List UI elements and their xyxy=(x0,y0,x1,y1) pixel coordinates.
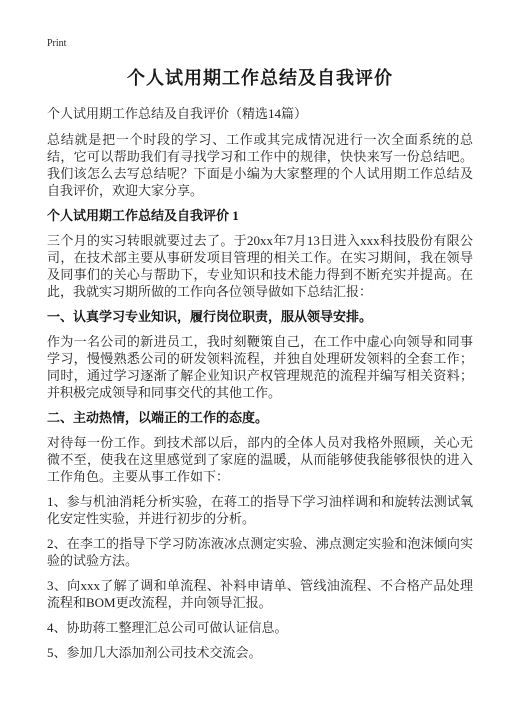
page-title: 个人试用期工作总结及自我评价 xyxy=(47,66,473,91)
list-item-1: 1、参与机油消耗分析实验，在蒋工的指导下学习油样调和和旋转法测试氧化安定性实验，… xyxy=(47,493,473,527)
intro-paragraph: 总结就是把一个时段的学习、工作或其完成情况进行一次全面系统的总结，它可以帮助我们… xyxy=(47,131,473,199)
paragraph-opening: 三个月的实习转眼就要过去了。于20xx年7月13日进入xxx科技股份有限公司，在… xyxy=(47,232,473,300)
paragraph-section-two: 对待每一份工作。到技术部以后，部内的全体人员对我格外照顾，关心无微不至，使我在这… xyxy=(47,434,473,485)
list-item-5: 5、参加几大添加剂公司技术交流会。 xyxy=(47,644,473,661)
paragraph-section-one: 作为一名公司的新进员工，我时刻鞭策自己，在工作中虚心向领导和同事学习，慢慢熟悉公… xyxy=(47,333,473,401)
section-heading-part1: 个人试用期工作总结及自我评价 1 xyxy=(47,207,473,224)
document-subtitle: 个人试用期工作总结及自我评价（精选14篇） xyxy=(47,105,473,122)
list-item-2: 2、在李工的指导下学习防冻液冰点测定实验、沸点测定实验和泡沫倾向实验的试验方法。 xyxy=(47,535,473,569)
list-item-4: 4、协助蒋工整理汇总公司可做认证信息。 xyxy=(47,619,473,636)
document-page: Print 个人试用期工作总结及自我评价 个人试用期工作总结及自我评价（精选14… xyxy=(0,0,520,718)
section-heading-two: 二、主动热情，以端正的工作的态度。 xyxy=(47,409,473,426)
section-heading-one: 一、认真学习专业知识，履行岗位职责，服从领导安排。 xyxy=(47,308,473,325)
print-link[interactable]: Print xyxy=(47,37,66,50)
list-item-3: 3、向xxx了解了调和单流程、补料申请单、管线油流程、不合格产品处理流程和BOM… xyxy=(47,577,473,611)
